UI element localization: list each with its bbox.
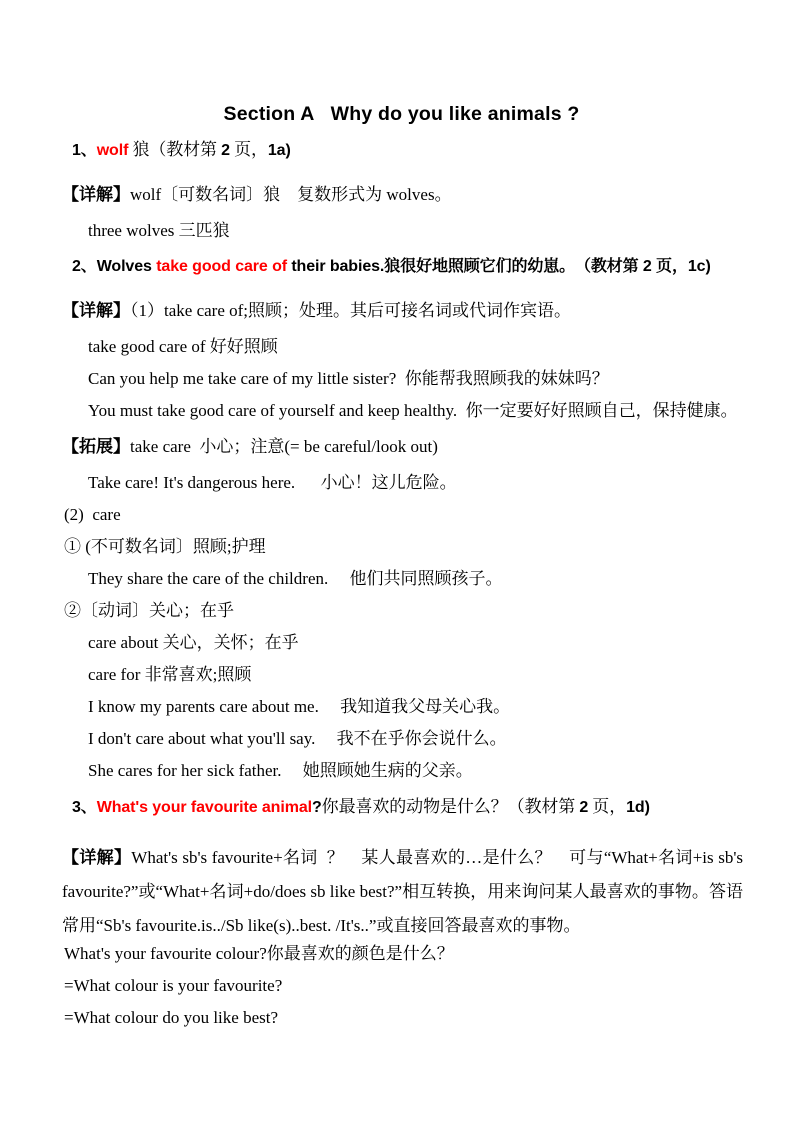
text-run: Can you help me take care of my little s… [88,369,609,388]
bold-text: 狼很好地照顾它们的幼崽。 （教材第 2 页，1c) [384,258,710,275]
label-marker: 【详解】 [62,848,131,867]
highlight-red-text: wolf [97,142,129,159]
example-line: care about 关心，关怀；在乎 [60,632,743,653]
text-run: (2) care [64,505,121,524]
document-page: Section A Why do you like animals ?1、wol… [0,0,793,1122]
label-marker: 【拓展】 [62,437,130,456]
example-line: care for 非常喜欢;照顾 [60,664,743,685]
bold-text: 3、 [72,799,97,816]
explanation-line: 【详解】（1）take care of;照顾；处理。其后可接名词或代词作宾语。 [60,300,743,321]
body-line: What's your favourite colour?你最喜欢的颜色是什么？ [60,943,743,964]
section-heading: 1、wolf 狼（教材第 2 页，1a) [60,139,743,161]
body-line: (2) care [60,504,743,525]
highlight-red-text: take good care of [156,258,287,275]
text-run: three wolves 三匹狼 [88,221,230,240]
example-line: take good care of 好好照顾 [60,336,743,357]
section-heading: 3、What's your favourite animal?你最喜欢的动物是什… [60,796,743,818]
body-line: =What colour is your favourite? [60,975,743,996]
example-line: You must take good care of yourself and … [60,400,743,421]
text-run: ① (不可数名词〕照顾;护理 [64,537,266,556]
text-run: take care 小心；注意(= be careful/look out) [130,437,438,456]
text-run: take good care of 好好照顾 [88,337,278,356]
explanation-paragraph: 【详解】What's sb's favourite+名词 ？ 某人最喜欢的…是什… [60,841,743,943]
text-run: 页， [230,140,268,159]
text-run: care about 关心，关怀；在乎 [88,633,299,652]
text-run: What's sb's favourite+名词 ？ 某人最喜欢的…是什么？ 可… [62,848,747,935]
text-run: 页， [588,797,626,816]
bold-text: 2 [579,799,588,816]
explanation-line: 【详解】wolf〔可数名词〕狼 复数形式为 wolves。 [60,184,743,205]
text-run: You must take good care of yourself and … [88,401,738,420]
explanation-line: 【拓展】take care 小心；注意(= be careful/look ou… [60,436,743,457]
text-run: ②〔动词〕关心；在乎 [64,601,234,620]
bold-text: 1d) [626,799,650,816]
text-run: =What colour do you like best? [64,1008,278,1027]
text-run: （1）take care of;照顾；处理。其后可接名词或代词作宾语。 [130,301,571,320]
bold-text: their babies. [287,258,384,275]
text-run: 狼（教材第 [128,140,221,159]
bold-text: 2、 [72,258,97,275]
example-line: They share the care of the children. 他们共… [60,568,743,589]
text-run: What's your favourite colour?你最喜欢的颜色是什么？ [64,944,454,963]
bold-text: Section A Why do you like animals ? [224,103,580,125]
body-line: =What colour do you like best? [60,1007,743,1028]
label-marker: 【详解】 [62,185,130,204]
text-run: 你最喜欢的动物是什么？（教材第 [322,797,580,816]
example-line: Can you help me take care of my little s… [60,368,743,389]
bold-text: ? [312,799,322,816]
section-heading: 2、Wolves take good care of their babies.… [60,256,743,277]
example-line: She cares for her sick father. 她照顾她生病的父亲… [60,760,743,781]
bold-text: Wolves [97,258,156,275]
text-run: They share the care of the children. 他们共… [88,569,503,588]
label-marker: 【详解】 [62,301,130,320]
example-line: Take care! It's dangerous here. 小心！这儿危险。 [60,472,743,493]
body-line: ① (不可数名词〕照顾;护理 [60,536,743,557]
text-run: care for 非常喜欢;照顾 [88,665,251,684]
highlight-red-text: What's your favourite animal [97,799,312,816]
bold-text: 1、 [72,142,97,159]
bold-text: 1a) [268,142,291,159]
text-run: wolf〔可数名词〕狼 复数形式为 wolves。 [130,185,452,204]
bold-text: 2 [221,142,230,159]
text-run: =What colour is your favourite? [64,976,282,995]
text-run: Take care! It's dangerous here. 小心！这儿危险。 [88,473,457,492]
text-run: I know my parents care about me. 我知道我父母关… [88,697,510,716]
example-line: I don't care about what you'll say. 我不在乎… [60,728,743,749]
example-line: I know my parents care about me. 我知道我父母关… [60,696,743,717]
text-run: She cares for her sick father. 她照顾她生病的父亲… [88,761,473,780]
text-run: I don't care about what you'll say. 我不在乎… [88,729,507,748]
doc-title: Section A Why do you like animals ? [60,104,743,125]
body-line: ②〔动词〕关心；在乎 [60,600,743,621]
example-line: three wolves 三匹狼 [60,220,743,241]
